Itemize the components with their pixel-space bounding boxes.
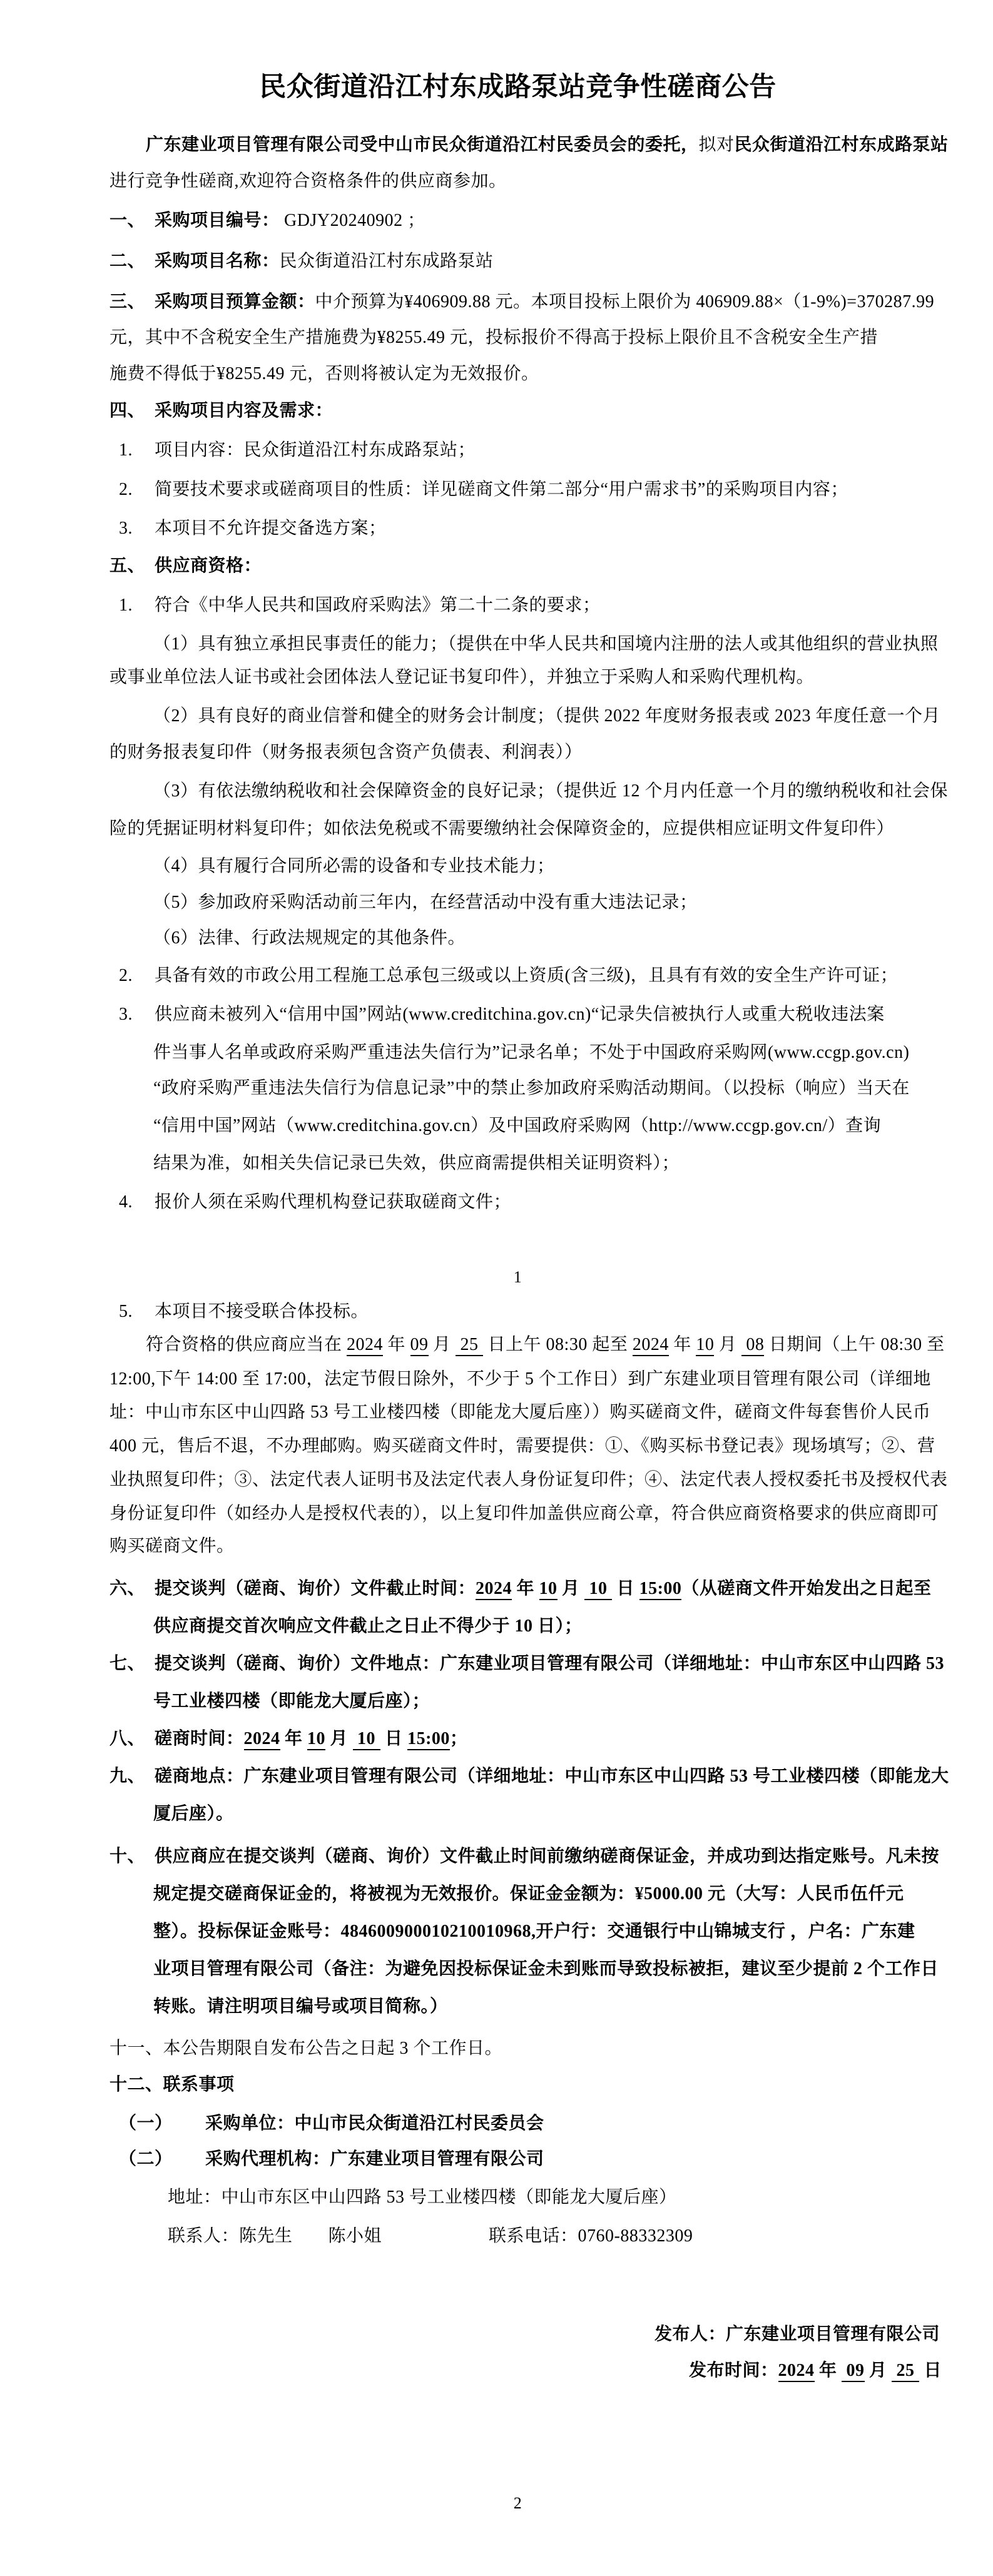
document-line-19: （3）有依法缴纳税收和社会保障资金的良好记录；（提供近 12 个月内任意一个月的… (153, 778, 948, 805)
section-8: 八、磋商时间：2024 年 10 月 10 日 15:00； (109, 1725, 467, 1753)
text-segment: 供应商未被列入“信用中国”网站(www.creditchina.gov.cn)“… (155, 1005, 885, 1024)
text-segment: 二、 (109, 248, 155, 275)
text-segment: 年 (512, 1579, 539, 1598)
section-5: 五、供应商资格： (109, 552, 262, 580)
document-line-43: 号工业楼四楼（即能龙大厦后座）； (153, 1688, 430, 1715)
document-line-25: 3.供应商未被列入“信用中国”网站(www.creditchina.gov.cn… (119, 1001, 885, 1028)
text-segment: 的财务报表复印件（财务报表须包含资产负债表、利润表）） (109, 743, 583, 762)
text-segment: 民众街道沿江村东成路泵站 (735, 135, 949, 155)
document-line-48: 规定提交磋商保证金的，将被视为无效报价。保证金金额为：¥5000.00 元（大写… (153, 1880, 904, 1908)
text-segment: （1）具有独立承担民事责任的能力；（提供在中华人民共和国境内注册的法人或其他组织… (153, 634, 939, 654)
text-segment: 本项目不允许提交备选方案； (155, 519, 387, 538)
text-segment: 简要技术要求或磋商项目的性质：详见磋商文件第二部分“用户需求书”的采购项目内容； (155, 480, 848, 499)
text-segment: 符合资格的供应商应当在 (146, 1335, 347, 1354)
text-segment: 1 (514, 1268, 522, 1286)
text-segment: 08 (741, 1335, 765, 1356)
address-line: 地址：中山市东区中山四路 53 号工业楼四楼（即能龙大厦后座） (168, 2184, 677, 2211)
text-segment: 七、 (109, 1650, 155, 1678)
text-segment: （二） (119, 2146, 205, 2173)
document-line-26: 件当事人名单或政府采购严重违法失信行为”记录名单；不处于中国政府采购网(www.… (153, 1039, 909, 1067)
text-segment: 结果为准，如相关失信记录已失效，供应商需提供相关证明资料）； (153, 1154, 680, 1173)
text-segment: 年 (815, 2361, 842, 2380)
document-line-33: 符合资格的供应商应当在 2024 年 09 月 25 日上午 08:30 起至 … (146, 1331, 945, 1359)
text-segment: （从磋商文件开始发出之日起至 (681, 1579, 931, 1598)
text-segment: 磋商地点：广东建业项目管理有限公司（详细地址：中山市东区中山四路 53 号工业楼… (155, 1767, 949, 1786)
document-line-24: 2.具备有效的市政公用工程施工总承包三级或以上资质(含三级)，且具有有效的安全生… (119, 962, 898, 990)
section-6-line-1: 六、提交谈判（磋商、询价）文件截止时间：2024 年 10 月 10 日 15:… (109, 1575, 931, 1603)
text-segment: 10 (696, 1335, 714, 1356)
document-line-30: 4.报价人须在采购代理机构登记获取磋商文件； (119, 1189, 511, 1216)
text-segment: 年 (669, 1335, 696, 1354)
text-segment: 项目内容：民众街道沿江村东成路泵站； (155, 440, 476, 460)
document-line-34: 12:00,下午 14:00 至 17:00，法定节假日除外，不少于 5 个工作… (109, 1366, 931, 1393)
section-11: 十一、本公告期限自发布公告之日起 3 个工作日。 (109, 2035, 502, 2062)
text-segment: “信用中国”网站（www.creditchina.gov.cn）及中国政府采购网… (153, 1116, 881, 1135)
text-segment: 业执照复印件；③、法定代表人证明书及法定代表人身份证复印件；④、法定代表人授权委… (109, 1470, 948, 1489)
text-segment: 九、 (109, 1763, 155, 1790)
text-segment: 25 (456, 1335, 483, 1356)
text-segment: 采购项目预算金额： (155, 292, 315, 312)
text-segment: 转账。请注明项目编号或项目简称。） (153, 1997, 448, 2016)
text-segment: 3. (119, 515, 155, 542)
text-segment: （2）具有良好的商业信誉和健全的财务会计制度；（提供 2022 年度财务报表或 … (153, 706, 940, 726)
text-segment: 发布时间： (689, 2361, 778, 2380)
text-segment: 件当事人名单或政府采购严重违法失信行为”记录名单；不处于中国政府采购网(www.… (153, 1043, 909, 1062)
text-segment: 十一、本公告期限自发布公告之日起 3 个工作日。 (109, 2039, 502, 2058)
text-segment: 磋商时间： (155, 1729, 244, 1748)
text-segment: 本项目不接受联合体投标。 (155, 1302, 369, 1321)
section-9-line-1: 九、磋商地点：广东建业项目管理有限公司（详细地址：中山市东区中山四路 53 号工… (109, 1763, 949, 1790)
text-segment: 采购项目内容及需求： (155, 401, 333, 420)
text-segment: 10 (307, 1729, 325, 1750)
text-segment: 月 (865, 2361, 892, 2380)
text-segment: 月 (429, 1335, 456, 1354)
text-segment: “政府采购严重违法失信行为信息记录”中的禁止参加政府采购活动期间。（以投标（响应… (153, 1078, 910, 1098)
document-line-14: 1.符合《中华人民共和国政府采购法》第二十二条的要求； (119, 592, 601, 619)
text-segment: 日上午 08:30 起至 (483, 1335, 633, 1354)
section-10-line-1: 十、供应商应在提交谈判（磋商、询价）文件截止时间前缴纳磋商保证金，并成功到达指定… (109, 1843, 939, 1870)
document-line-27: “政府采购严重违法失信行为信息记录”中的禁止参加政府采购活动期间。（以投标（响应… (153, 1075, 910, 1102)
document-line-22: （5）参加政府采购活动前三年内，在经营活动中没有重大违法记录； (153, 889, 698, 916)
document-line-49: 整）。投标保证金账号：484600900010210010968,开户行：交通银… (153, 1918, 915, 1945)
text-segment: 具备有效的市政公用工程施工总承包三级或以上资质(含三级)，且具有有效的安全生产许… (155, 966, 898, 985)
text-segment: 四、 (109, 397, 155, 425)
section-1: 一、采购项目编号： GDJY20240902 ； (109, 207, 425, 235)
agency-line: （二）采购代理机构：广东建业项目管理有限公司 (119, 2146, 544, 2173)
text-segment: 报价人须在采购代理机构登记获取磋商文件； (155, 1192, 511, 1212)
text-segment: 2 (514, 2494, 522, 2512)
text-segment: 采购项目编号： (155, 211, 280, 230)
section-2: 二、采购项目名称：民众街道沿江村东成路泵站 (109, 248, 494, 275)
document-line-51: 转账。请注明项目编号或项目简称。） (153, 1993, 448, 2021)
document-line-50: 业项目管理有限公司（备注：为避免因投标保证金未到账而导致投标被拒，建议至少提前 … (153, 1955, 939, 1983)
text-segment: 地址：中山市东区中山四路 53 号工业楼四楼（即能龙大厦后座） (168, 2188, 677, 2207)
document-line-29: 结果为准，如相关失信记录已失效，供应商需提供相关证明资料）； (153, 1150, 680, 1177)
text-segment: 提交谈判（磋商、询价）文件地点：广东建业项目管理有限公司（详细地址：中山市东区中… (155, 1654, 944, 1673)
text-segment: 采购项目名称： (155, 251, 280, 271)
text-segment: 400 元，售后不退，不办理邮购。购买磋商文件时，需要提供：①、《购买标书登记表… (109, 1436, 935, 1456)
text-segment: 厦后座）。 (153, 1804, 234, 1823)
text-segment: GDJY20240902 ； (280, 211, 425, 230)
text-segment: 号工业楼四楼（即能龙大厦后座）； (153, 1691, 430, 1711)
text-segment: 发布人：广东建业项目管理有限公司 (654, 2325, 940, 2344)
document-line-10: 1.项目内容：民众街道沿江村东成路泵站； (119, 437, 476, 464)
text-segment: 2024 (476, 1579, 512, 1600)
text-segment: 1. (119, 437, 155, 464)
document-line-39: 购买磋商文件。 (109, 1533, 235, 1560)
text-segment: 业项目管理有限公司（备注：为避免因投标保证金未到账而导致投标被拒，建议至少提前 … (153, 1959, 939, 1979)
purchaser-line: （一）采购单位：中山市民众街道沿江村民委员会 (119, 2110, 544, 2137)
text-segment: 元，其中不含税安全生产措施费为¥8255.49 元，投标报价不得高于投标上限价且… (109, 328, 878, 347)
text-segment: 供应商应在提交谈判（磋商、询价）文件截止时间前缴纳磋商保证金，并成功到达指定账号… (155, 1847, 939, 1866)
text-segment: 广东建业项目管理有限公司受中山市民众街道沿江村民委员会的委托， (146, 135, 699, 155)
text-segment: 或事业单位法人证书或社会团体法人登记证书复印件），并独立于采购人和采购代理机构。 (109, 667, 814, 687)
text-segment: 1. (119, 592, 155, 619)
document-line-41: 供应商提交首次响应文件截止之日止不得少于 10 日）； (153, 1613, 583, 1640)
text-segment: 规定提交磋商保证金的，将被视为无效报价。保证金金额为：¥5000.00 元（大写… (153, 1884, 904, 1904)
document-line-12: 3.本项目不允许提交备选方案； (119, 515, 387, 542)
text-segment: 十二、联系事项 (109, 2075, 235, 2094)
text-segment: 日 (380, 1729, 408, 1748)
text-segment: 拟对 (699, 135, 735, 155)
text-segment: 日期间（上午 08:30 至 (764, 1335, 944, 1354)
text-segment: 采购单位：中山市民众街道沿江村民委员会 (205, 2114, 544, 2133)
document-line-28: “信用中国”网站（www.creditchina.gov.cn）及中国政府采购网… (153, 1112, 881, 1140)
text-segment: 15:00 (639, 1579, 682, 1600)
text-segment: 险的凭据证明材料复印件；如依法免税或不需要缴纳社会保障资金的，应提供相应证明文件… (109, 819, 894, 838)
text-segment: 供应商提交首次响应文件截止之日止不得少于 10 日）； (153, 1616, 583, 1636)
text-segment: 10 (353, 1729, 380, 1750)
text-segment: 4. (119, 1189, 155, 1216)
text-segment: 5. (119, 1298, 155, 1326)
text-segment: 十、 (109, 1843, 155, 1870)
intro-line-2: 进行竞争性磋商,欢迎符合资格条件的供应商参加。 (109, 168, 507, 195)
text-segment: 15:00 (407, 1729, 450, 1750)
text-segment: 3. (119, 1001, 155, 1028)
text-segment: 进行竞争性磋商,欢迎符合资格条件的供应商参加。 (109, 171, 507, 191)
document-line-11: 2.简要技术要求或磋商项目的性质：详见磋商文件第二部分“用户需求书”的采购项目内… (119, 476, 848, 504)
text-segment: （6）法律、行政法规规定的其他条件。 (153, 928, 466, 948)
text-segment: 三、 (109, 288, 155, 316)
text-segment: （一） (119, 2110, 205, 2137)
contact-line: 联系人：陈先生 陈小姐 联系电话：0760-88332309 (168, 2223, 693, 2250)
document-line-38: 身份证复印件（如经办人是授权代表的），以上复印件加盖供应商公章，符合供应商资格要… (109, 1500, 939, 1528)
text-segment: 址：中山市东区中山四路 53 号工业楼四楼（即能龙大厦后座））购买磋商文件，磋商… (109, 1402, 931, 1422)
text-segment: 民众街道沿江村东成路泵站 (280, 251, 494, 271)
text-segment: 月 (558, 1579, 585, 1598)
text-segment: ； (450, 1729, 468, 1748)
text-segment: （4）具有履行合同所必需的设备和专业技术能力； (153, 856, 555, 876)
text-segment: （5）参加政府采购活动前三年内，在经营活动中没有重大违法记录； (153, 893, 698, 912)
intro-line-1: 广东建业项目管理有限公司受中山市民众街道沿江村民委员会的委托，拟对民众街道沿江村… (146, 131, 949, 159)
text-segment: 2. (119, 476, 155, 504)
document-line-37: 业执照复印件；③、法定代表人证明书及法定代表人身份证复印件；④、法定代表人授权委… (109, 1466, 948, 1494)
text-segment: 日 (612, 1579, 639, 1598)
text-segment: 中介预算为¥406909.88 元。本项目投标上限价为 406909.88×（1… (315, 292, 935, 312)
text-segment: 2024 (347, 1335, 383, 1356)
text-segment: 09 (842, 2361, 865, 2382)
text-segment: 12:00,下午 14:00 至 17:00，法定节假日除外，不少于 5 个工作… (109, 1369, 931, 1389)
text-segment: 10 (584, 1579, 612, 1600)
text-segment: 25 (892, 2361, 919, 2382)
text-segment: 联系人：陈先生 陈小姐 联系电话：0760-88332309 (168, 2226, 693, 2246)
text-segment: 民众街道沿江村东成路泵站竞争性磋商公告 (259, 73, 777, 102)
document-line-32: 5.本项目不接受联合体投标。 (119, 1298, 369, 1326)
section-7-line-1: 七、提交谈判（磋商、询价）文件地点：广东建业项目管理有限公司（详细地址：中山市东… (109, 1650, 944, 1678)
section-12: 十二、联系事项 (109, 2071, 235, 2099)
text-segment: 月 (325, 1729, 353, 1748)
text-segment: 提交谈判（磋商、询价）文件截止时间： (155, 1579, 476, 1598)
document-line-15: （1）具有独立承担民事责任的能力；（提供在中华人民共和国境内注册的法人或其他组织… (153, 631, 939, 658)
document-line-16: 或事业单位法人证书或社会团体法人登记证书复印件），并独立于采购人和采购代理机构。 (109, 664, 814, 691)
page-number-2: 2 (109, 2490, 926, 2517)
text-segment: 身份证复印件（如经办人是授权代表的），以上复印件加盖供应商公章，符合供应商资格要… (109, 1504, 939, 1523)
text-segment: 八、 (109, 1725, 155, 1753)
publish-date-line: 发布时间：2024 年 09 月 25 日 (689, 2357, 942, 2385)
document-line-20: 险的凭据证明材料复印件；如依法免税或不需要缴纳社会保障资金的，应提供相应证明文件… (109, 815, 894, 843)
document-line-23: （6）法律、行政法规规定的其他条件。 (153, 925, 466, 952)
document-line-18: 的财务报表复印件（财务报表须包含资产负债表、利润表）） (109, 739, 583, 766)
text-segment: （3）有依法缴纳税收和社会保障资金的良好记录；（提供近 12 个月内任意一个月的… (153, 781, 948, 801)
text-segment: 一、 (109, 207, 155, 235)
text-segment: 整）。投标保证金账号：484600900010210010968,开户行：交通银… (153, 1922, 915, 1941)
text-segment: 10 (539, 1579, 558, 1600)
text-segment: 年 (280, 1729, 308, 1748)
document-line-8: 施费不得低于¥8255.49 元，否则将被认定为无效报价。 (109, 360, 539, 388)
page-number-1: 1 (109, 1264, 926, 1291)
section-4: 四、采购项目内容及需求： (109, 397, 333, 425)
document-line-35: 址：中山市东区中山四路 53 号工业楼四楼（即能龙大厦后座））购买磋商文件，磋商… (109, 1399, 931, 1426)
text-segment: 购买磋商文件。 (109, 1536, 235, 1556)
document-line-46: 厦后座）。 (153, 1800, 234, 1828)
text-segment: 五、 (109, 552, 155, 580)
text-segment: 年 (383, 1335, 410, 1354)
text-segment: 日 (919, 2361, 942, 2380)
text-segment: 月 (714, 1335, 741, 1354)
text-segment: 2024 (244, 1729, 280, 1750)
text-segment: 2024 (778, 2361, 815, 2382)
document-line-17: （2）具有良好的商业信誉和健全的财务会计制度；（提供 2022 年度财务报表或 … (153, 702, 940, 730)
text-segment: 09 (410, 1335, 429, 1356)
text-segment: 施费不得低于¥8255.49 元，否则将被认定为无效报价。 (109, 364, 539, 383)
text-segment: 符合《中华人民共和国政府采购法》第二十二条的要求； (155, 596, 601, 615)
text-segment: 2. (119, 962, 155, 990)
document-page: 民众街道沿江村东成路泵站竞争性磋商公告广东建业项目管理有限公司受中山市民众街道沿… (0, 0, 993, 2576)
section-3-line-1: 三、采购项目预算金额：中介预算为¥406909.88 元。本项目投标上限价为 4… (109, 288, 934, 316)
text-segment: 六、 (109, 1575, 155, 1603)
text-segment: 2024 (633, 1335, 669, 1356)
document-line-7: 元，其中不含税安全生产措施费为¥8255.49 元，投标报价不得高于投标上限价且… (109, 324, 878, 352)
text-segment: 供应商资格： (155, 556, 262, 576)
doc-title: 民众街道沿江村东成路泵站竞争性磋商公告 (109, 74, 926, 101)
document-line-21: （4）具有履行合同所必需的设备和专业技术能力； (153, 853, 555, 880)
text-segment: 采购代理机构：广东建业项目管理有限公司 (205, 2149, 544, 2169)
document-line-36: 400 元，售后不退，不办理邮购。购买磋商文件时，需要提供：①、《购买标书登记表… (109, 1433, 935, 1460)
publisher-line: 发布人：广东建业项目管理有限公司 (654, 2321, 940, 2348)
